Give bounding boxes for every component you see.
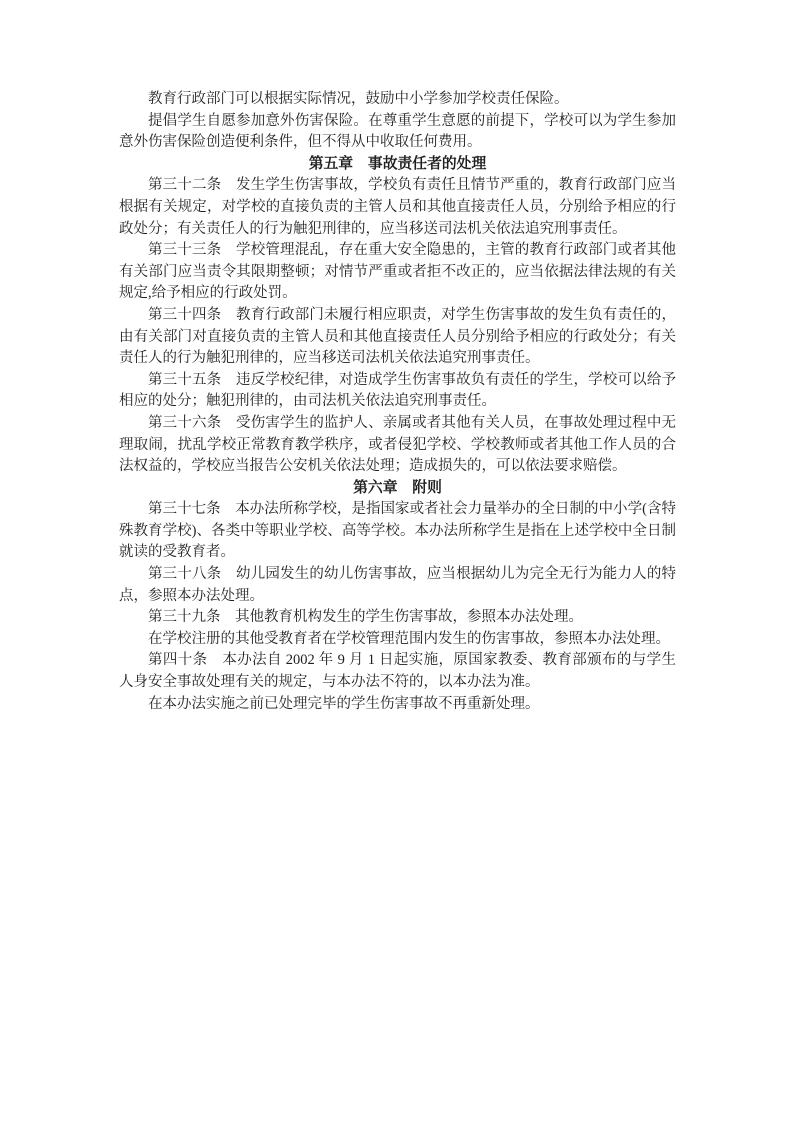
document-body: 教育行政部门可以根据实际情况，鼓励中小学参加学校责任保险。提倡学生自愿参加意外伤…	[119, 89, 676, 715]
paragraph: 第四十条 本办法自 2002 年 9 月 1 日起实施，原国家教委、教育部颁布的…	[119, 650, 676, 693]
document-page: 教育行政部门可以根据实际情况，鼓励中小学参加学校责任保险。提倡学生自愿参加意外伤…	[0, 0, 793, 1122]
paragraph: 第三十二条 发生学生伤害事故，学校负有责任且情节严重的，教育行政部门应当根据有关…	[119, 175, 676, 240]
paragraph: 第三十九条 其他教育机构发生的学生伤害事故，参照本办法处理。	[119, 607, 676, 629]
paragraph: 第三十七条 本办法所称学校，是指国家或者社会力量举办的全日制的中小学(含特殊教育…	[119, 499, 676, 564]
chapter-heading: 第五章 事故责任者的处理	[119, 154, 676, 176]
paragraph: 在学校注册的其他受教育者在学校管理范围内发生的伤害事故，参照本办法处理。	[119, 629, 676, 651]
paragraph: 第三十五条 违反学校纪律，对造成学生伤害事故负有责任的学生，学校可以给予相应的处…	[119, 370, 676, 413]
paragraph: 提倡学生自愿参加意外伤害保险。在尊重学生意愿的前提下，学校可以为学生参加意外伤害…	[119, 111, 676, 154]
paragraph: 在本办法实施之前已处理完毕的学生伤害事故不再重新处理。	[119, 694, 676, 716]
paragraph: 第三十四条 教育行政部门未履行相应职责，对学生伤害事故的发生负有责任的，由有关部…	[119, 305, 676, 370]
paragraph: 教育行政部门可以根据实际情况，鼓励中小学参加学校责任保险。	[119, 89, 676, 111]
chapter-heading: 第六章 附则	[119, 478, 676, 500]
paragraph: 第三十三条 学校管理混乱，存在重大安全隐患的，主管的教育行政部门或者其他有关部门…	[119, 240, 676, 305]
paragraph: 第三十六条 受伤害学生的监护人、亲属或者其他有关人员，在事故处理过程中无理取闹，…	[119, 413, 676, 478]
paragraph: 第三十八条 幼儿园发生的幼儿伤害事故，应当根据幼儿为完全无行为能力人的特点，参照…	[119, 564, 676, 607]
